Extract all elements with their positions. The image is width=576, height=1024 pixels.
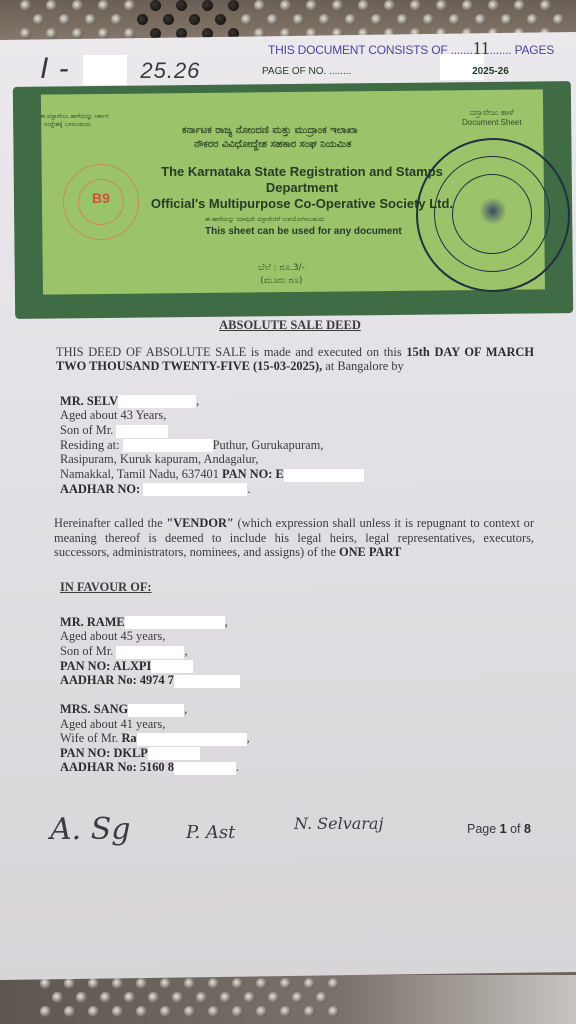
purchaser-1-details: MR. RAME, Aged about 45 years, Son of Mr…: [60, 615, 534, 688]
purchaser-relation: Son of Mr.: [60, 644, 113, 658]
reference-prefix: I -: [40, 52, 70, 85]
purchaser-relation: Wife of Mr.: [60, 731, 118, 745]
page-count-stamp: THIS DOCUMENT CONSISTS OF .......11.....…: [268, 38, 554, 59]
vendor-relation: Son of Mr.: [60, 423, 113, 437]
stamp-title-line1: The Karnataka State Registration and Sta…: [142, 164, 462, 196]
purchaser-2-details: MRS. SANG, Aged about 41 years, Wife of …: [60, 702, 534, 775]
deed-intro: THIS DEED OF ABSOLUTE SALE is made and e…: [56, 345, 534, 374]
kannada-title-line1: ಕರ್ನಾಟಕ ರಾಜ್ಯ ನೋಂದಣಿ ಮತ್ತು ಮುದ್ರಾಂಕ ಇಲಾಖ…: [182, 124, 358, 138]
purchaser-age: Aged about 41 years,: [60, 717, 534, 732]
deed-title: ABSOLUTE SALE DEED: [46, 318, 534, 333]
page-total: 8: [524, 822, 531, 836]
purchaser-aadhar: AADHAR No: 5160 8: [60, 760, 174, 774]
price-text: ಬೆಲೆ : ರೂ.3/-: [258, 262, 305, 275]
vendor-clause-bold2: ONE PART: [339, 545, 401, 559]
page-ref-year: 2025-26: [472, 66, 509, 77]
purchaser-pan: PAN NO: DKLP: [60, 746, 148, 760]
page-label-mid: of: [507, 822, 524, 836]
purchaser-age: Aged about 45 years,: [60, 629, 534, 644]
b9-seal: B9: [63, 164, 139, 240]
society-round-seal: [416, 138, 570, 292]
vendor-address-line2: Rasipuram, Kuruk kapuram, Andagalur,: [60, 452, 534, 467]
vendor-clause-text1: Hereinafter called the: [54, 516, 166, 530]
intro-place: at Bangalore by: [322, 359, 404, 373]
kannada-title-line2: ನೌಕರರ ವಿವಿಧೋದ್ದೇಶ ಸಹಕಾರ ಸಂಘ ನಿಯಮಿತ: [194, 138, 358, 152]
vendor-details: MR. SELV, Aged about 43 Years, Son of Mr…: [60, 394, 534, 496]
signature-2: P. Ast: [186, 822, 235, 843]
kannada-usage-note: ಈ ಹಾಳೆಯನ್ನು ಯಾವುದೇ ದಸ್ತಾವೇಜಿಗೆ ಉಪಯೋಗಿಸಬಹ…: [205, 216, 324, 224]
purchaser-name: MRS. SANG: [60, 702, 128, 716]
signatures: A. Sg P. Ast N. Selvaraj: [46, 808, 546, 868]
purchaser-relation-bold: Ra: [121, 731, 136, 745]
vendor-age: Aged about 43 Years,: [60, 408, 534, 423]
document-sheet-label: ದಸ್ತಾವೇಜು ಹಾಳೆDocument Sheet: [462, 108, 522, 128]
document-sheet-text: Document Sheet: [462, 118, 522, 127]
consists-prefix: THIS DOCUMENT CONSISTS OF: [268, 43, 447, 57]
page-ref-line: PAGE OF NO. ........ 2025-26: [262, 66, 509, 77]
price-subtext: (ಮೂರು ರೂ): [258, 275, 305, 288]
redaction-box: [83, 55, 127, 85]
signature-3: N. Selvaraj: [294, 814, 383, 833]
vendor-aadhar: AADHAR NO:: [60, 482, 140, 496]
deed-content: ABSOLUTE SALE DEED THIS DEED OF ABSOLUTE…: [60, 318, 534, 775]
reference-suffix: 25.26: [140, 58, 200, 83]
price-label: ಬೆಲೆ : ರೂ.3/- (ಮೂರು ರೂ): [258, 262, 305, 288]
purchaser-name: MR. RAME: [60, 615, 125, 629]
handwritten-reference: I - 25.26: [40, 52, 200, 86]
stamp-title-line2: Official's Multipurpose Co-Operative Soc…: [142, 196, 462, 212]
usage-note: This sheet can be used for any document: [205, 226, 402, 237]
vendor-clause-bold: "VENDOR": [166, 516, 233, 530]
page-current: 1: [500, 822, 507, 836]
intro-text: THIS DEED OF ABSOLUTE SALE is made and e…: [56, 345, 406, 359]
kannada-small-text: ಈ ದಸ್ತಾವೇಜು ಹಾಳೆಯನ್ನು ಸರ್ಕಾರ ಉದ್ದೇಶಕ್ಕೆ …: [40, 113, 109, 129]
consists-suffix: PAGES: [515, 43, 554, 57]
vendor-address-line1: Puthur, Gurukapuram,: [213, 438, 324, 452]
seal-code: B9: [64, 190, 138, 206]
vendor-residing-label: Residing at:: [60, 438, 120, 452]
page-label: Page: [467, 822, 500, 836]
vendor-pan: PAN NO: E: [222, 467, 284, 481]
signature-1: A. Sg: [50, 812, 131, 847]
vendor-clause: Hereinafter called the "VENDOR" (which e…: [54, 516, 534, 560]
page-number: Page 1 of 8: [467, 822, 531, 836]
in-favour-of-heading: IN FAVOUR OF:: [60, 580, 534, 595]
purchaser-aadhar: AADHAR No: 4974 7: [60, 673, 174, 687]
stamp-title: The Karnataka State Registration and Sta…: [142, 164, 462, 212]
purchaser-pan: PAN NO: ALXPI: [60, 659, 151, 673]
vendor-name: MR. SELV: [60, 394, 118, 408]
kannada-title: ಕರ್ನಾಟಕ ರಾಜ್ಯ ನೋಂದಣಿ ಮತ್ತು ಮುದ್ರಾಂಕ ಇಲಾಖ…: [182, 124, 358, 152]
emblem-icon: [480, 196, 506, 226]
vendor-address-line3: Namakkal, Tamil Nadu, 637401: [60, 467, 219, 481]
